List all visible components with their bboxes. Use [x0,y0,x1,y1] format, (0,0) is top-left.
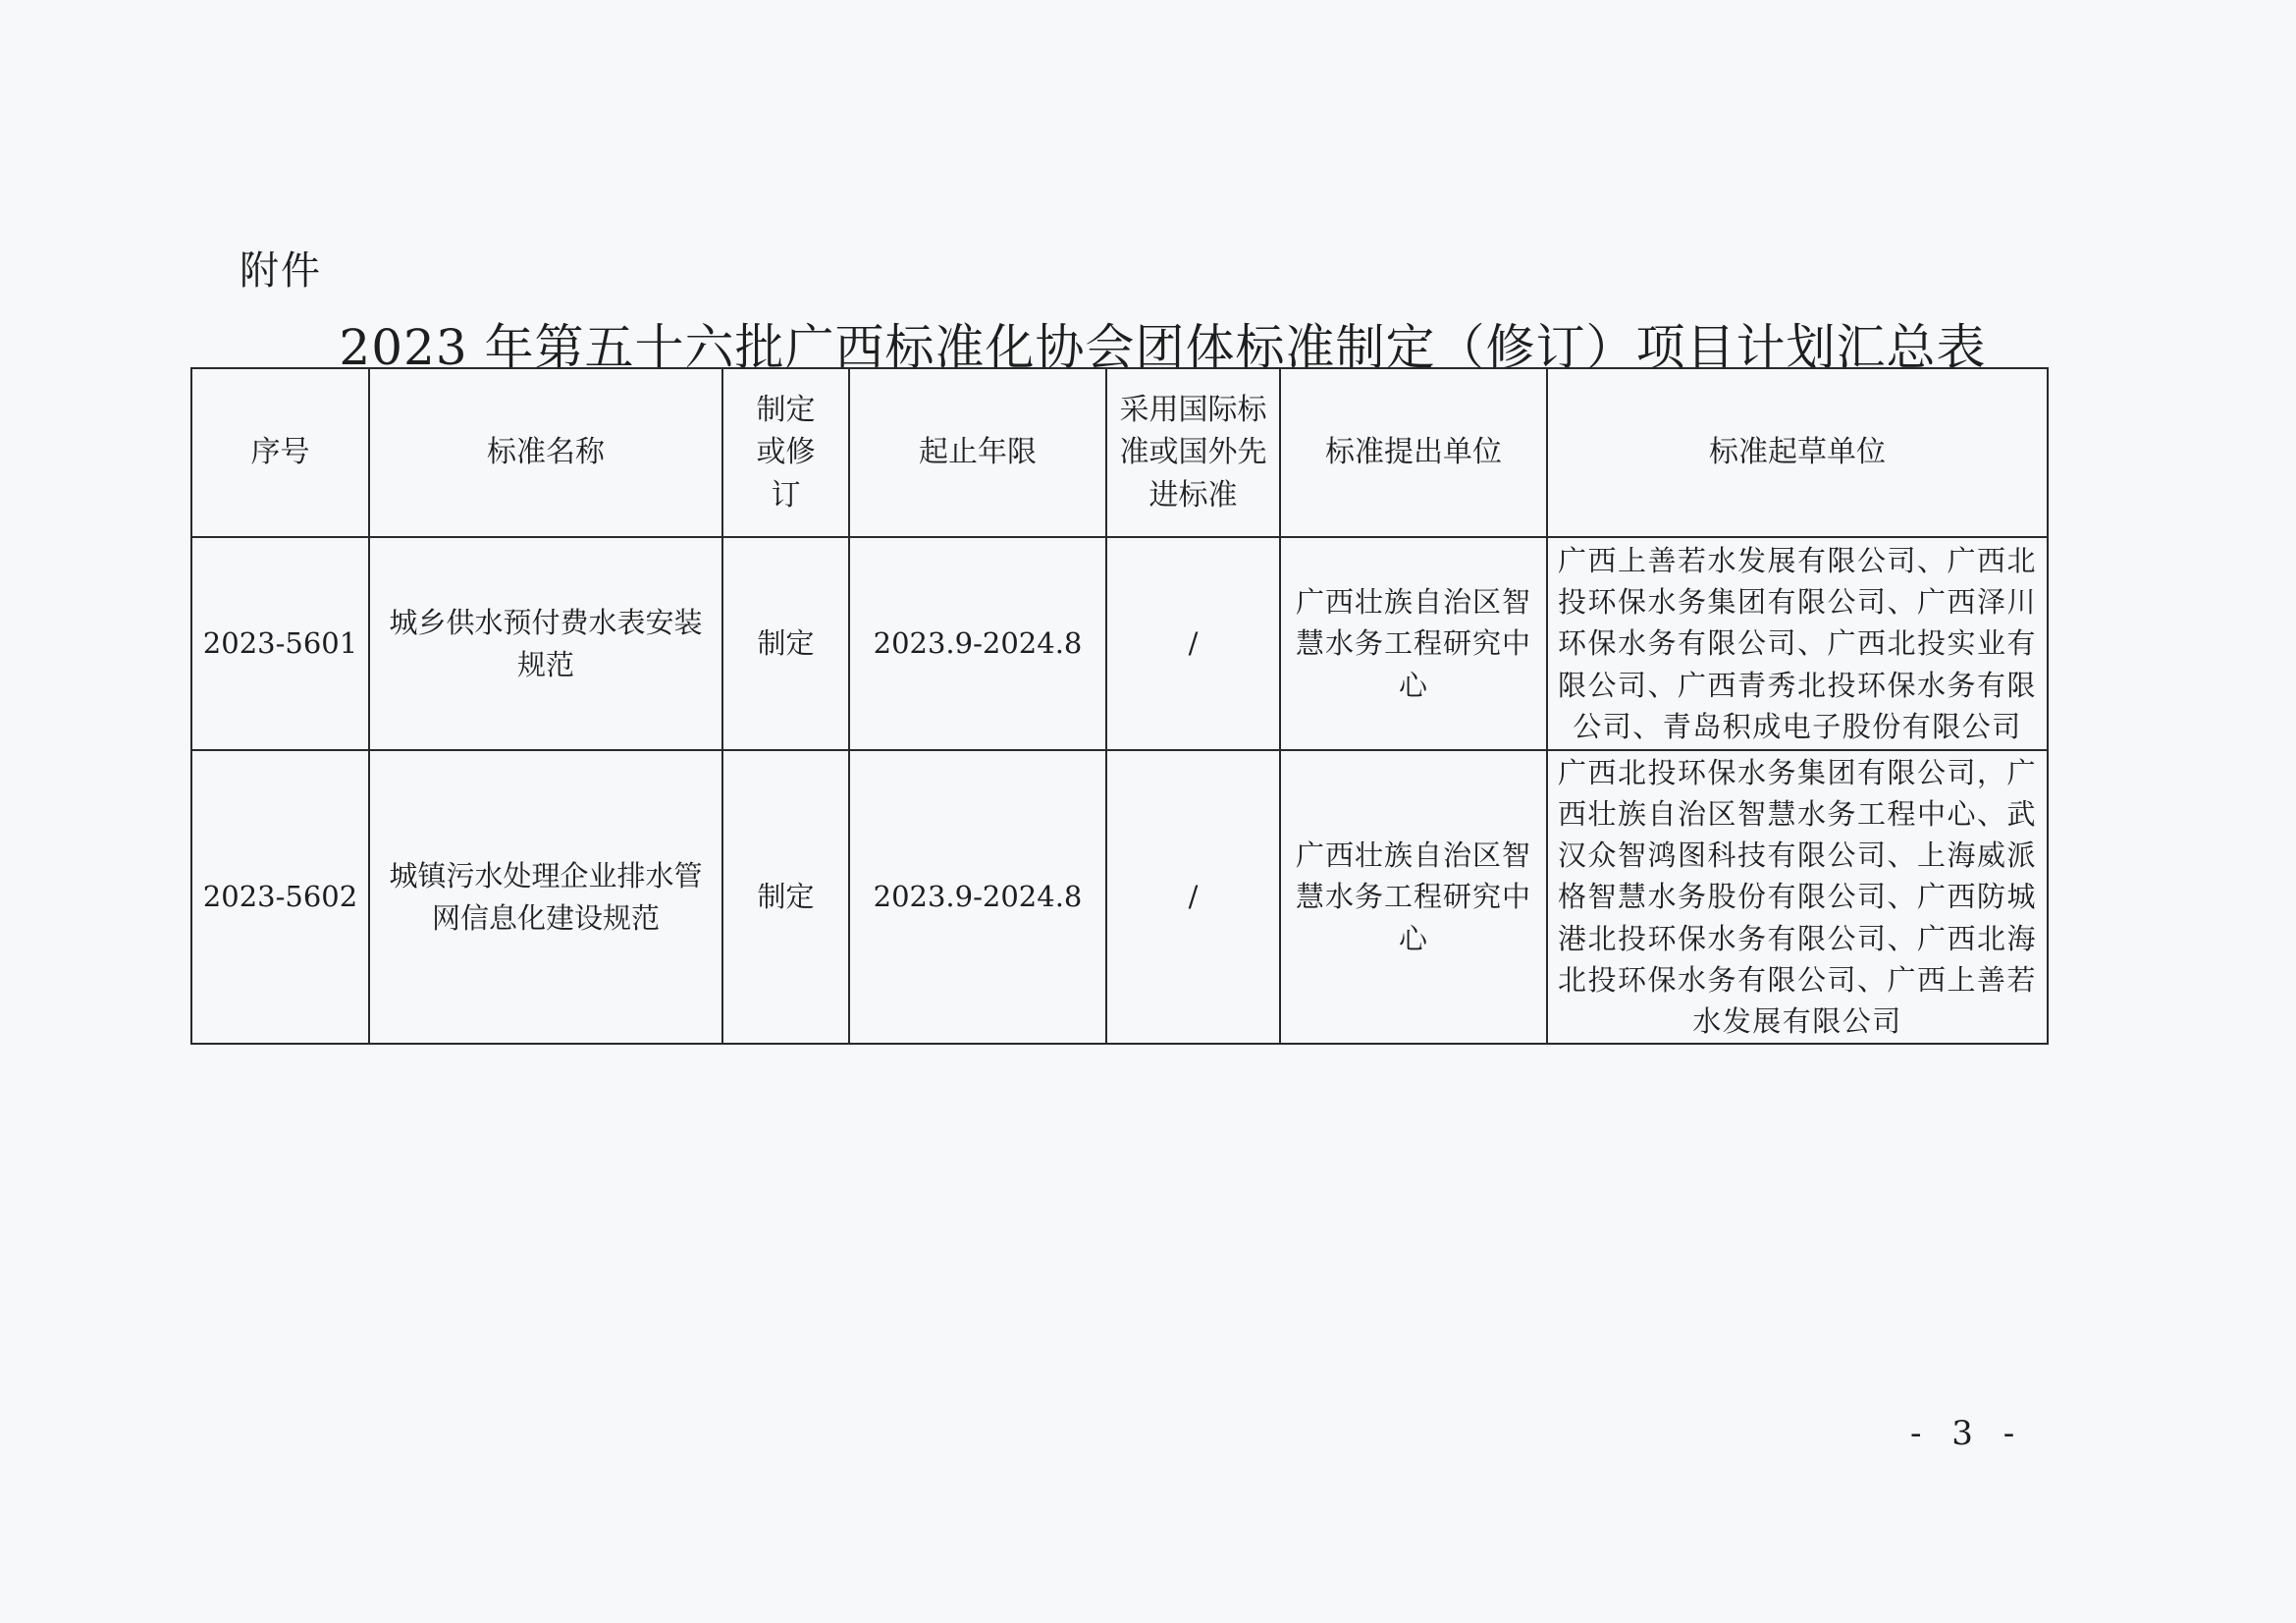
cell-period: 2023.9-2024.8 [849,537,1106,750]
cell-intl: / [1106,537,1280,750]
cell-proposer: 广西壮族自治区智慧水务工程研究中心 [1280,537,1547,750]
cell-name: 城镇污水处理企业排水管网信息化建设规范 [369,750,722,1044]
cell-proposer: 广西壮族自治区智慧水务工程研究中心 [1280,750,1547,1044]
cell-serial: 2023-5602 [191,750,369,1044]
header-drafters: 标准起草单位 [1547,368,2048,537]
cell-drafters: 广西上善若水发展有限公司、广西北投环保水务集团有限公司、广西泽川环保水务有限公司… [1547,537,2048,750]
project-plan-table: 序号 标准名称 制定或修订 起止年限 采用国际标准或国外先进标准 标准提出单位 … [190,367,2049,1045]
cell-intl: / [1106,750,1280,1044]
cell-period: 2023.9-2024.8 [849,750,1106,1044]
table-header-row: 序号 标准名称 制定或修订 起止年限 采用国际标准或国外先进标准 标准提出单位 … [191,368,2048,537]
table-row: 2023-5602 城镇污水处理企业排水管网信息化建设规范 制定 2023.9-… [191,750,2048,1044]
cell-name: 城乡供水预付费水表安装规范 [369,537,722,750]
cell-type: 制定 [722,537,849,750]
header-type: 制定或修订 [722,368,849,537]
attachment-label: 附件 [240,240,322,296]
header-period: 起止年限 [849,368,1106,537]
header-proposer: 标准提出单位 [1280,368,1547,537]
page-number: - 3 - [1910,1414,2024,1453]
header-name: 标准名称 [369,368,722,537]
cell-type: 制定 [722,750,849,1044]
header-serial: 序号 [191,368,369,537]
header-intl: 采用国际标准或国外先进标准 [1106,368,1280,537]
cell-serial: 2023-5601 [191,537,369,750]
cell-drafters: 广西北投环保水务集团有限公司，广西壮族自治区智慧水务工程中心、武汉众智鸿图科技有… [1547,750,2048,1044]
table-row: 2023-5601 城乡供水预付费水表安装规范 制定 2023.9-2024.8… [191,537,2048,750]
